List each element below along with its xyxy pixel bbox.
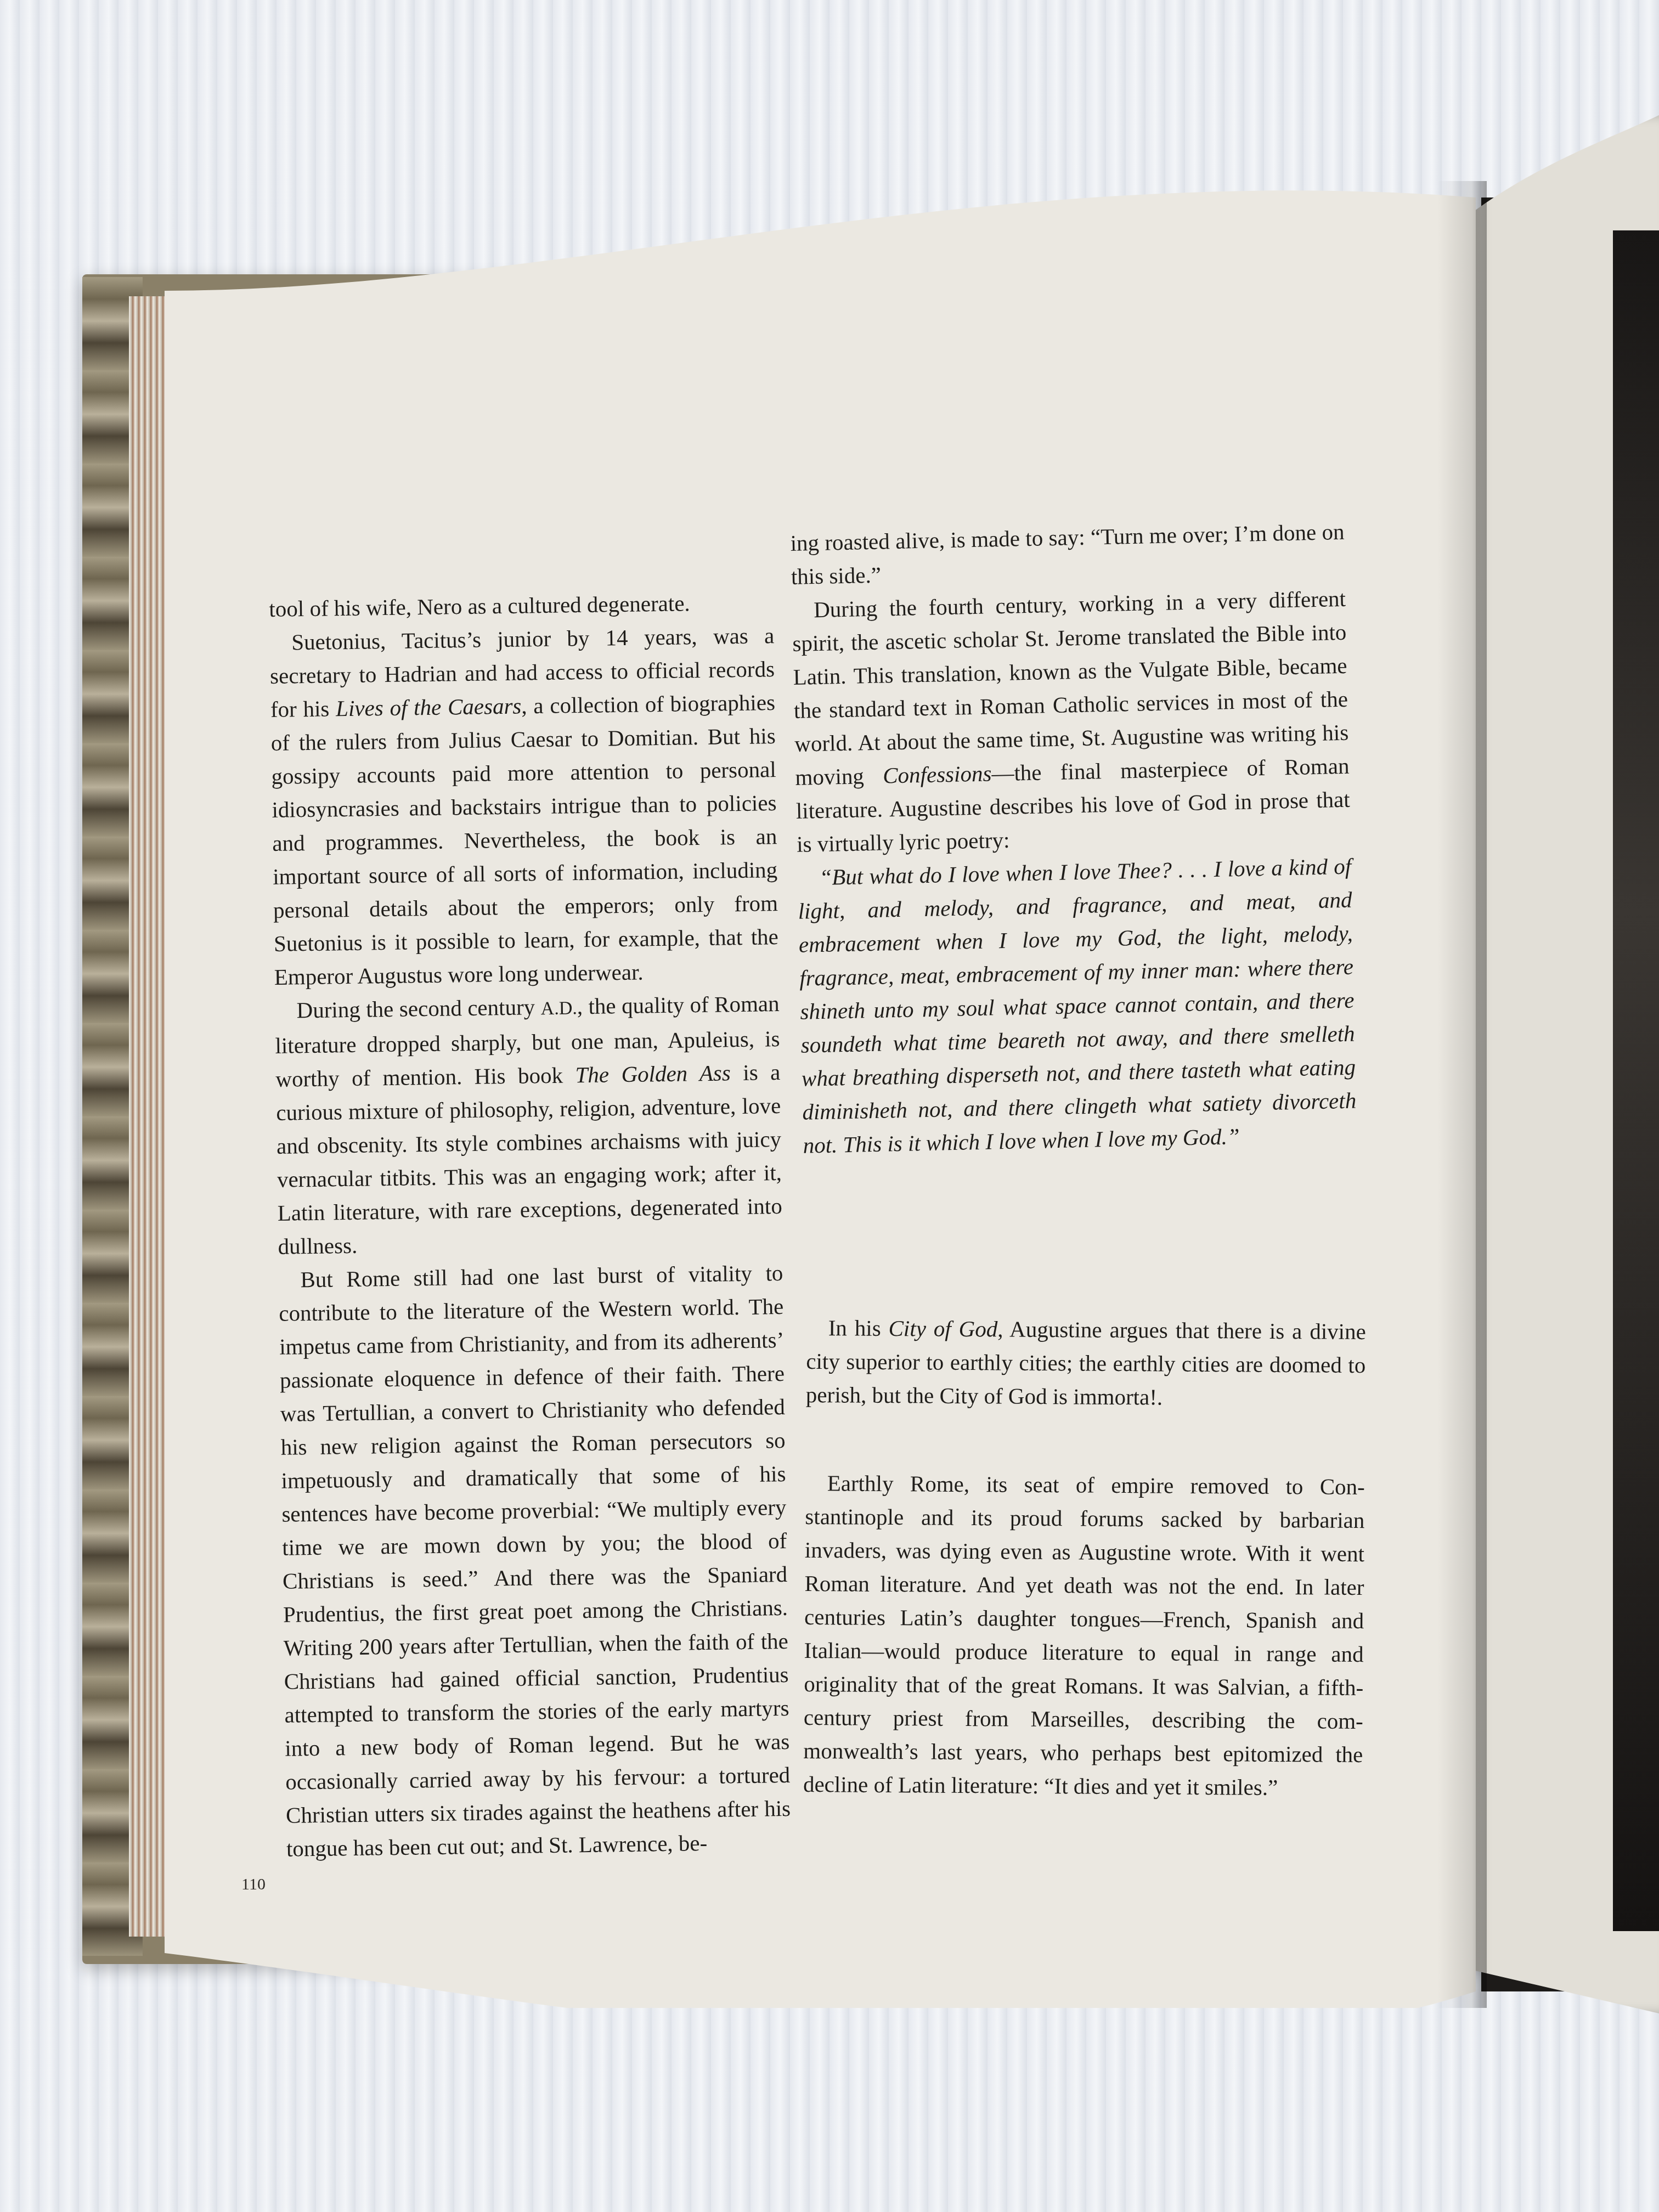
text-run: Earthly Rome, its seat of empire removed… (803, 1470, 1365, 1800)
paragraph-gap (805, 1412, 1365, 1470)
paragraph: Earthly Rome, its seat of empire removed… (803, 1466, 1365, 1805)
text-run: In his (828, 1315, 889, 1341)
italic-title: The Golden Ass (575, 1060, 731, 1087)
left-text-column: tool of his wife, Nero as a cultured deg… (269, 585, 791, 1866)
paragraph: In his City of God, Augustine argues tha… (806, 1311, 1366, 1415)
right-text-column: ing roasted alive, is made to say: “Turn… (790, 515, 1357, 1163)
block-quote: “But what do I love when I love Thee? . … (797, 850, 1357, 1163)
text-run: , a collection of biographies of the rul… (271, 690, 779, 990)
text-run: tool of his wife, Nero as a cultured deg… (269, 590, 690, 622)
text-run: ing roasted alive, is made to say: “Turn… (790, 519, 1345, 589)
italic-title: Confessions (883, 760, 992, 788)
paragraph: But Rome still had one last burst of vit… (278, 1256, 791, 1866)
text-run: During the second century (296, 994, 541, 1023)
right-text-column-lower: In his City of God, Augustine argues tha… (803, 1311, 1366, 1805)
italic-title: City of God (888, 1316, 997, 1341)
gutter-shadow (1437, 181, 1487, 2008)
paragraph: During the second century A.D., the qual… (274, 987, 783, 1263)
small-caps-text: A.D. (540, 998, 577, 1019)
paragraph: Suetonius, Tacitus’s junior by 14 years,… (269, 619, 779, 994)
italic-title: Lives of the Caesars (336, 693, 522, 721)
paragraph: ing roasted alive, is made to say: “Turn… (790, 515, 1345, 594)
paragraph: During the fourth century, working in a … (792, 582, 1351, 861)
photo-plate (1613, 230, 1659, 1931)
page-number: 110 (241, 1875, 266, 1894)
text-run: But Rome still had one last burst of vit… (279, 1260, 791, 1861)
